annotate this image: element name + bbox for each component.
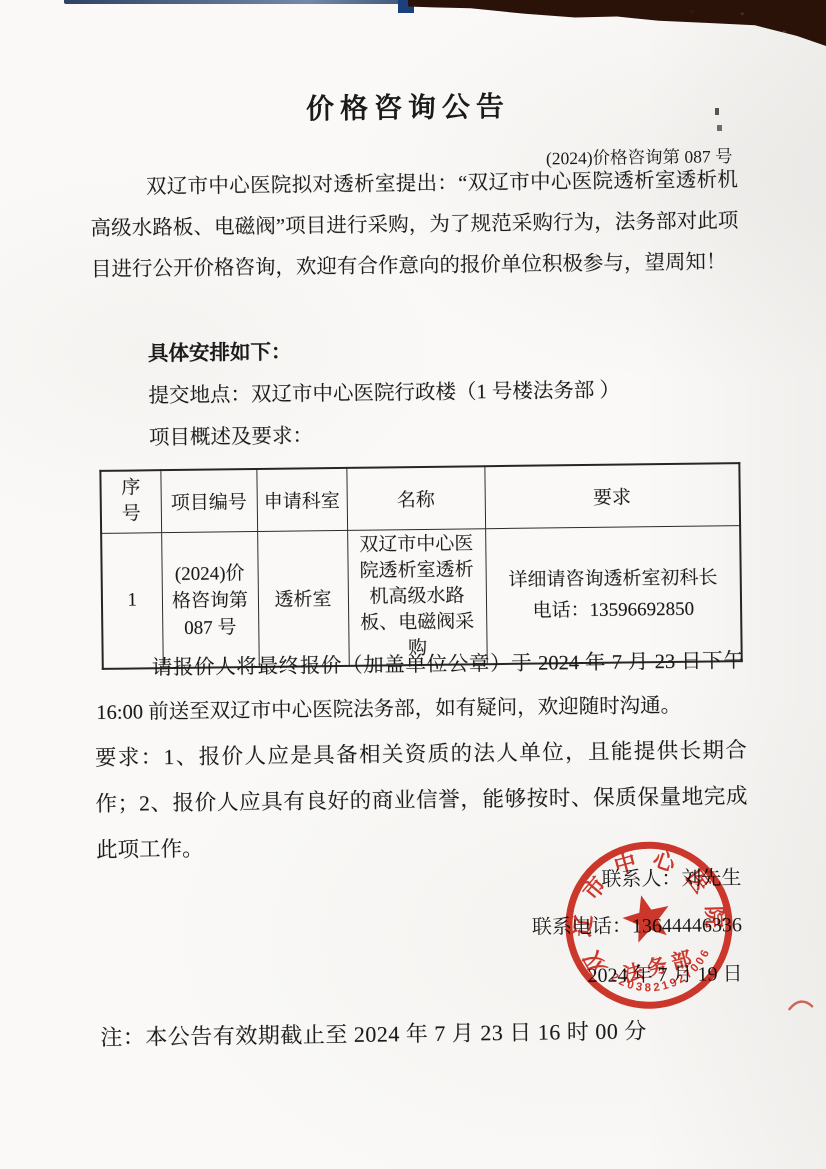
col-header-name: 名称 xyxy=(346,466,485,530)
document-content: 价格咨询公告 (2024)价格咨询第 087 号 双辽市中心医院拟对透析室提出：… xyxy=(0,0,826,1169)
page-title: 价格咨询公告 xyxy=(0,81,821,131)
col-header-requirement: 要求 xyxy=(484,463,740,528)
col-header-seq: 序号 xyxy=(100,470,161,533)
deadline-paragraph: 请报价人将最终报价（加盖单位公章）于 2024 年 7 月 23 日下午 16:… xyxy=(96,639,745,735)
table-header-row: 序号 项目编号 申请科室 名称 要求 xyxy=(100,463,740,533)
col-header-project-no: 项目编号 xyxy=(160,469,257,532)
table-header: 序号 项目编号 申请科室 名称 要求 xyxy=(100,463,740,533)
requirement-line-2: 电话：13596692850 xyxy=(490,593,736,627)
project-table: 序号 项目编号 申请科室 名称 要求 1 (2024)价格咨询第 087 号 透… xyxy=(99,462,742,669)
requirement-line-1: 详细请咨询透析室初科长 xyxy=(490,562,736,596)
arrangement-heading: 具体安排如下： xyxy=(92,327,740,376)
submit-location-line: 提交地点：双辽市中心医院行政楼（1 号楼法务部 ） xyxy=(92,369,740,418)
col-header-department: 申请科室 xyxy=(256,468,347,531)
scanned-document-page: 价格咨询公告 (2024)价格咨询第 087 号 双辽市中心医院拟对透析室提出：… xyxy=(0,0,826,1169)
validity-note: 注：本公告有效期截止至 2024 年 7 月 23 日 16 时 00 分 xyxy=(100,1008,748,1060)
overview-heading: 项目概述及要求： xyxy=(93,411,741,460)
seal-star-icon xyxy=(618,889,676,945)
intro-paragraph: 双辽市中心医院拟对透析室提出：“双辽市中心医院透析室透析机高级水路板、电磁阀”项… xyxy=(90,160,739,291)
col-header-seq-label: 序号 xyxy=(118,476,143,528)
